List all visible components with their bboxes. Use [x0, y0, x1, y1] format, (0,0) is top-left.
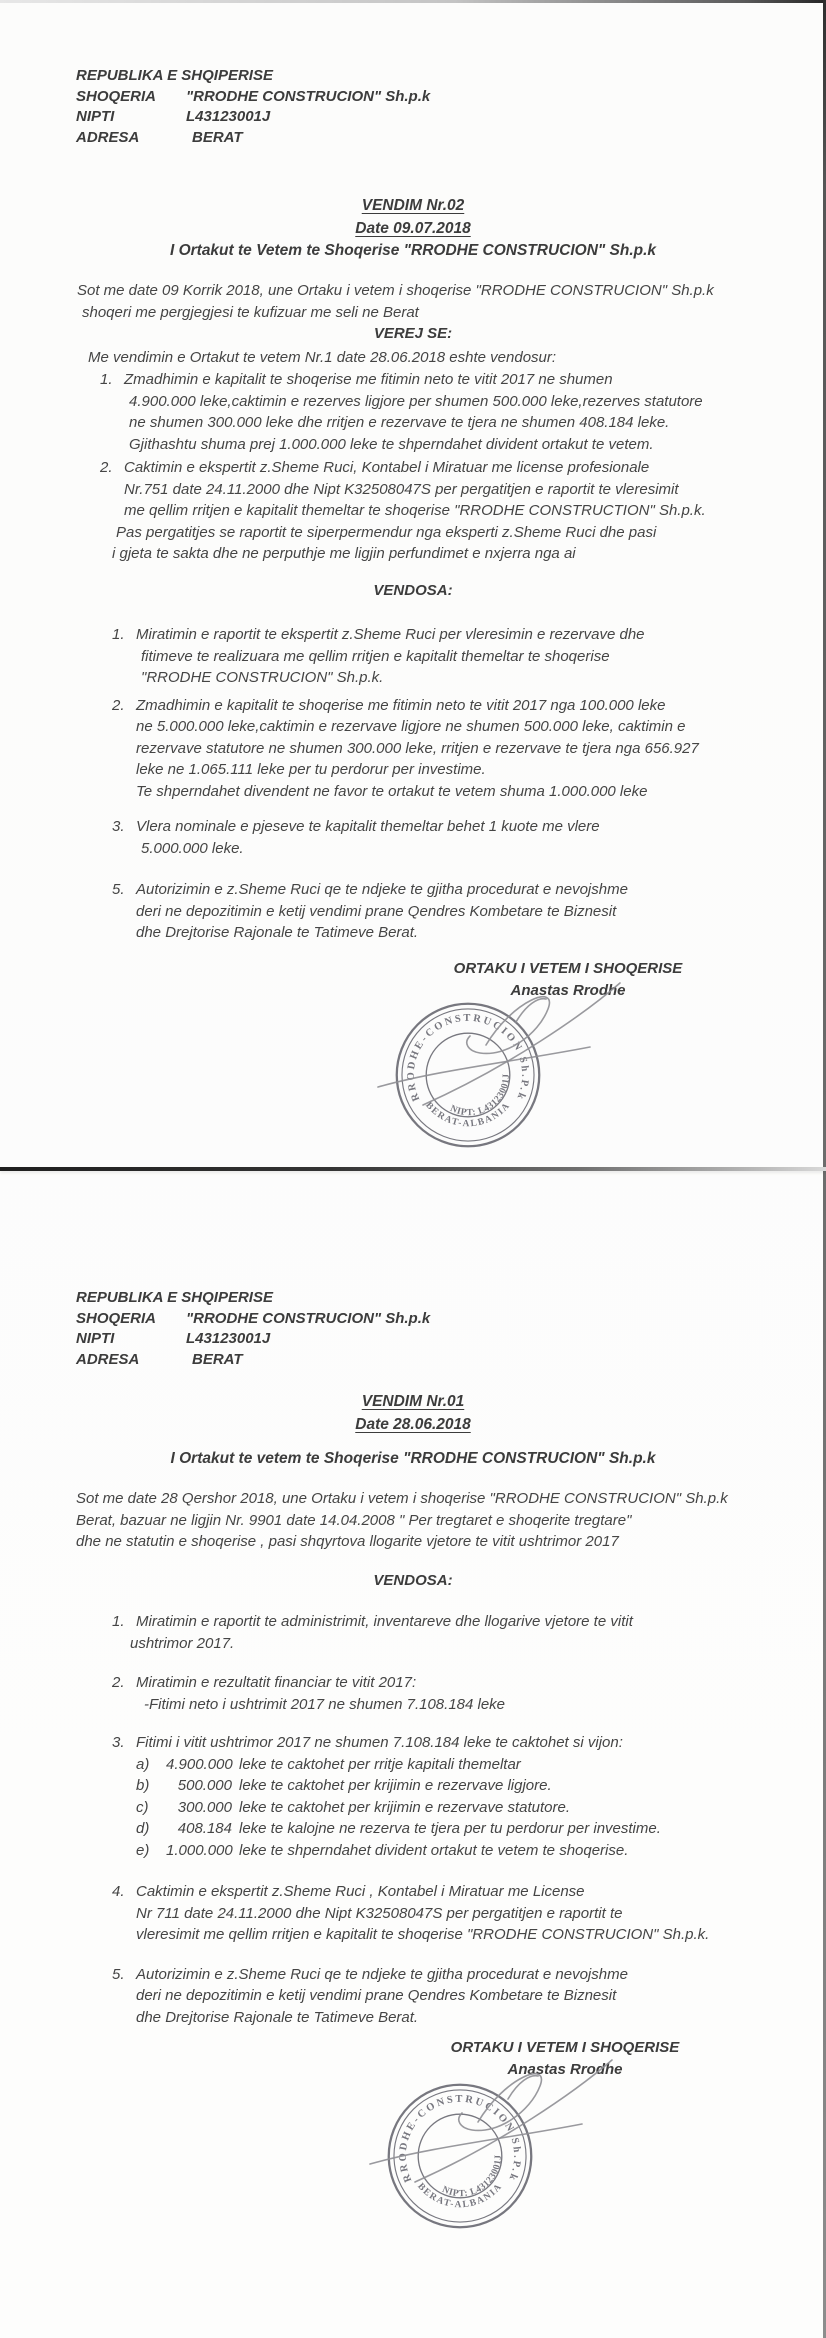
- sub-item-amount: 408.184: [166, 1818, 239, 1840]
- list-item-lines: Miratimin e raportit te administrimit, i…: [136, 1611, 772, 1654]
- header-nipt: NIPTI L43123001J: [76, 1329, 430, 1350]
- list-item-line: Gjithashtu shuma prej 1.000.000 leke te …: [124, 434, 790, 456]
- decision-title: VENDIM Nr.02: [0, 195, 826, 218]
- list-item: 1. Zmadhimin e kapitalit te shoqerise me…: [100, 369, 790, 455]
- vendosa-heading: VENDOSA:: [0, 580, 826, 602]
- list-item-line: 4.900.000 leke,caktimin e rezerves ligjo…: [124, 391, 790, 413]
- list-item-line: i gjeta te sakta dhe ne perputhje me lig…: [112, 543, 790, 565]
- verej-list: 1. Zmadhimin e kapitalit te shoqerise me…: [100, 369, 790, 565]
- intro-line: Sot me date 28 Qershor 2018, une Ortaku …: [76, 1488, 728, 1510]
- list-item-line: 5.000.000 leke.: [136, 838, 772, 860]
- list-item: 2. Zmadhimin e kapitalit te shoqerise me…: [112, 695, 772, 803]
- verej-heading: VEREJ SE:: [0, 323, 826, 345]
- list-item-line: Zmadhimin e kapitalit te shoqerise me fi…: [124, 369, 790, 391]
- sub-item: e) 1.000.000 leke te shperndahet dividen…: [136, 1840, 772, 1862]
- list-item-line: Te shperndahet divendent ne favor te ort…: [136, 781, 772, 803]
- list-item-line: Miratimin e rezultatit financiar te viti…: [136, 1672, 772, 1694]
- header-address: ADRESA BERAT: [76, 128, 430, 149]
- list-item: 5. Autorizimin e z.Sheme Ruci qe te ndje…: [112, 1964, 772, 2029]
- sub-item-letter: b): [136, 1775, 166, 1797]
- list-item: 2. Caktimin e ekspertit z.Sheme Ruci, Ko…: [100, 457, 790, 565]
- sub-item-text: leke te kalojne ne rezerva te tjera per …: [239, 1818, 661, 1840]
- list-item-number: 3.: [112, 816, 136, 859]
- company-header: REPUBLIKA E SHQIPERISE SHOQERIA "RRODHE …: [76, 66, 430, 148]
- list-item-lines: Caktimin e ekspertit z.Sheme Ruci , Kont…: [136, 1881, 772, 1946]
- list-item-number: 2.: [112, 1672, 136, 1715]
- header-address: ADRESA BERAT: [76, 1350, 430, 1371]
- list-item-lines: Autorizimin e z.Sheme Ruci qe te ndjeke …: [136, 1964, 772, 2029]
- list-item-line: Autorizimin e z.Sheme Ruci qe te ndjeke …: [136, 879, 772, 901]
- list-item-lines: Miratimin e raportit te ekspertit z.Shem…: [136, 624, 772, 689]
- list-item-number: 4.: [112, 1881, 136, 1946]
- list-item-line: dhe Drejtorise Rajonale te Tatimeve Bera…: [136, 2007, 772, 2029]
- list-item-line: vleresimit me qellim rritjen e kapitalit…: [136, 1924, 772, 1946]
- decision-subtitle: I Ortakut te vetem te Shoqerise "RRODHE …: [0, 1448, 826, 1470]
- verej-intro: Me vendimin e Ortakut te vetem Nr.1 date…: [88, 347, 556, 369]
- vendosa-list: 1. Miratimin e raportit te administrimit…: [112, 1611, 772, 2028]
- sub-item-letter: e): [136, 1840, 166, 1862]
- sub-item-letter: c): [136, 1797, 166, 1819]
- list-item-lines: Caktimin e ekspertit z.Sheme Ruci, Konta…: [124, 457, 790, 565]
- sub-item: d) 408.184 leke te kalojne ne rezerva te…: [136, 1818, 772, 1840]
- list-item-line: Miratimin e raportit te administrimit, i…: [136, 1611, 772, 1633]
- list-item-line: Caktimin e ekspertit z.Sheme Ruci, Konta…: [124, 457, 790, 479]
- scan-edge-top: [0, 0, 826, 3]
- intro-line: shoqeri me pergjegjesi te kufizuar me se…: [77, 302, 714, 324]
- list-item-lines: Fitimi i vitit ushtrimor 2017 ne shumen …: [136, 1732, 772, 1861]
- header-republic: REPUBLIKA E SHQIPERISE: [76, 1288, 430, 1309]
- sub-item-amount: 4.900.000: [166, 1754, 239, 1776]
- list-item-lines: Miratimin e rezultatit financiar te viti…: [136, 1672, 772, 1715]
- list-item-line: ushtrimor 2017.: [130, 1633, 772, 1655]
- sub-item-text: leke te shperndahet divident ortakut te …: [239, 1840, 628, 1862]
- header-nipt: NIPTI L43123001J: [76, 107, 430, 128]
- list-item-number: 1.: [100, 369, 124, 455]
- list-item-line: Nr.751 date 24.11.2000 dhe Nipt K3250804…: [124, 479, 790, 501]
- list-item-lines: Zmadhimin e kapitalit te shoqerise me fi…: [136, 695, 772, 803]
- sub-item-amount: 1.000.000: [166, 1840, 239, 1862]
- sub-item-text: leke te caktohet per krijimin e rezervav…: [239, 1775, 552, 1797]
- sub-item-letter: d): [136, 1818, 166, 1840]
- sub-item: a) 4.900.000 leke te caktohet per rritje…: [136, 1754, 772, 1776]
- list-item-lines: Autorizimin e z.Sheme Ruci qe te ndjeke …: [136, 879, 772, 944]
- list-item-number: 5.: [112, 1964, 136, 2029]
- list-item-line: Zmadhimin e kapitalit te shoqerise me fi…: [136, 695, 772, 717]
- list-item: 4. Caktimin e ekspertit z.Sheme Ruci , K…: [112, 1881, 772, 1946]
- sub-item-text: leke te caktohet per rritje kapitali the…: [239, 1754, 521, 1776]
- scanned-document: { "colors": { "ink": "#454545", "stamp":…: [0, 0, 826, 2338]
- list-item-line: leke ne 1.065.111 leke per tu perdorur p…: [136, 759, 772, 781]
- list-item-line: Miratimin e raportit te ekspertit z.Shem…: [136, 624, 772, 646]
- list-item-line: "RRODHE CONSTRUCION" Sh.p.k.: [136, 667, 772, 689]
- list-item-line: -Fitimi neto i ushtrimit 2017 ne shumen …: [136, 1694, 772, 1716]
- vendosa-list: 1. Miratimin e raportit te ekspertit z.S…: [112, 624, 772, 944]
- sub-item-amount: 300.000: [166, 1797, 239, 1819]
- sub-item: b) 500.000 leke te caktohet per krijimin…: [136, 1775, 772, 1797]
- intro-line: dhe ne statutin e shoqerise , pasi shqyr…: [76, 1531, 728, 1553]
- list-item-line: dhe Drejtorise Rajonale te Tatimeve Bera…: [136, 922, 772, 944]
- list-item: 1. Miratimin e raportit te ekspertit z.S…: [112, 624, 772, 689]
- header-company: SHOQERIA "RRODHE CONSTRUCION" Sh.p.k: [76, 1309, 430, 1330]
- list-item-line: Nr 711 date 24.11.2000 dhe Nipt K3250804…: [136, 1903, 772, 1925]
- intro-line: Sot me date 09 Korrik 2018, une Ortaku i…: [77, 280, 714, 302]
- sub-item-letter: a): [136, 1754, 166, 1776]
- list-item-line: fitimeve te realizuara me qellim rritjen…: [136, 646, 772, 668]
- intro-paragraph: Sot me date 28 Qershor 2018, une Ortaku …: [76, 1488, 728, 1553]
- decision-title: VENDIM Nr.01: [0, 1390, 826, 1413]
- decision-title-block: VENDIM Nr.02 Date 09.07.2018 I Ortakut t…: [0, 195, 826, 263]
- sub-item-amount: 500.000: [166, 1775, 239, 1797]
- list-item-line: deri ne depozitimin e ketij vendimi pran…: [136, 1985, 772, 2007]
- list-item: 2. Miratimin e rezultatit financiar te v…: [112, 1672, 772, 1715]
- decision-date: Date 09.07.2018: [0, 218, 826, 241]
- decision-subtitle: I Ortakut te Vetem te Shoqerise "RRODHE …: [0, 240, 826, 263]
- signature-icon: [368, 975, 638, 1115]
- header-republic: REPUBLIKA E SHQIPERISE: [76, 66, 430, 87]
- vendosa-heading: VENDOSA:: [0, 1570, 826, 1592]
- list-item-line: Caktimin e ekspertit z.Sheme Ruci , Kont…: [136, 1881, 772, 1903]
- list-item-number: 1.: [112, 624, 136, 689]
- list-item: 3. Vlera nominale e pjeseve te kapitalit…: [112, 816, 772, 859]
- decision-date: Date 28.06.2018: [0, 1413, 826, 1436]
- list-item-lines: Zmadhimin e kapitalit te shoqerise me fi…: [124, 369, 790, 455]
- list-item-line: Pas pergatitjes se raportit te siperperm…: [116, 522, 790, 544]
- header-company: SHOQERIA "RRODHE CONSTRUCION" Sh.p.k: [76, 87, 430, 108]
- list-item-number: 3.: [112, 1732, 136, 1861]
- company-header: REPUBLIKA E SHQIPERISE SHOQERIA "RRODHE …: [76, 1288, 430, 1370]
- list-item: 5. Autorizimin e z.Sheme Ruci qe te ndje…: [112, 879, 772, 944]
- list-item-line: me qellim rritjen e kapitalit themeltar …: [124, 500, 790, 522]
- list-item-line: rezervave statutore ne shumen 300.000 le…: [136, 738, 772, 760]
- sub-item: c) 300.000 leke te caktohet per krijimin…: [136, 1797, 772, 1819]
- list-item-line: Fitimi i vitit ushtrimor 2017 ne shumen …: [136, 1732, 772, 1754]
- list-item-number: 5.: [112, 879, 136, 944]
- signature-icon: [360, 2052, 630, 2192]
- list-item: 3. Fitimi i vitit ushtrimor 2017 ne shum…: [112, 1732, 772, 1861]
- list-item-line: deri ne depozitimin e ketij vendimi pran…: [136, 901, 772, 923]
- list-item-number: 2.: [112, 695, 136, 803]
- list-item-line: Vlera nominale e pjeseve te kapitalit th…: [136, 816, 772, 838]
- list-item-line: Autorizimin e z.Sheme Ruci qe te ndjeke …: [136, 1964, 772, 1986]
- intro-paragraph: Sot me date 09 Korrik 2018, une Ortaku i…: [77, 280, 714, 323]
- list-item-line: ne 5.000.000 leke,caktimin e rezervave l…: [136, 716, 772, 738]
- intro-line: Berat, bazuar ne ligjin Nr. 9901 date 14…: [76, 1510, 728, 1532]
- sub-item-text: leke te caktohet per krijimin e rezervav…: [239, 1797, 570, 1819]
- list-item-lines: Vlera nominale e pjeseve te kapitalit th…: [136, 816, 772, 859]
- list-item: 1. Miratimin e raportit te administrimit…: [112, 1611, 772, 1654]
- page-separator: [0, 1167, 826, 1171]
- list-item-line: ne shumen 300.000 leke dhe rritjen e rez…: [124, 412, 790, 434]
- decision-title-block: VENDIM Nr.01 Date 28.06.2018: [0, 1390, 826, 1436]
